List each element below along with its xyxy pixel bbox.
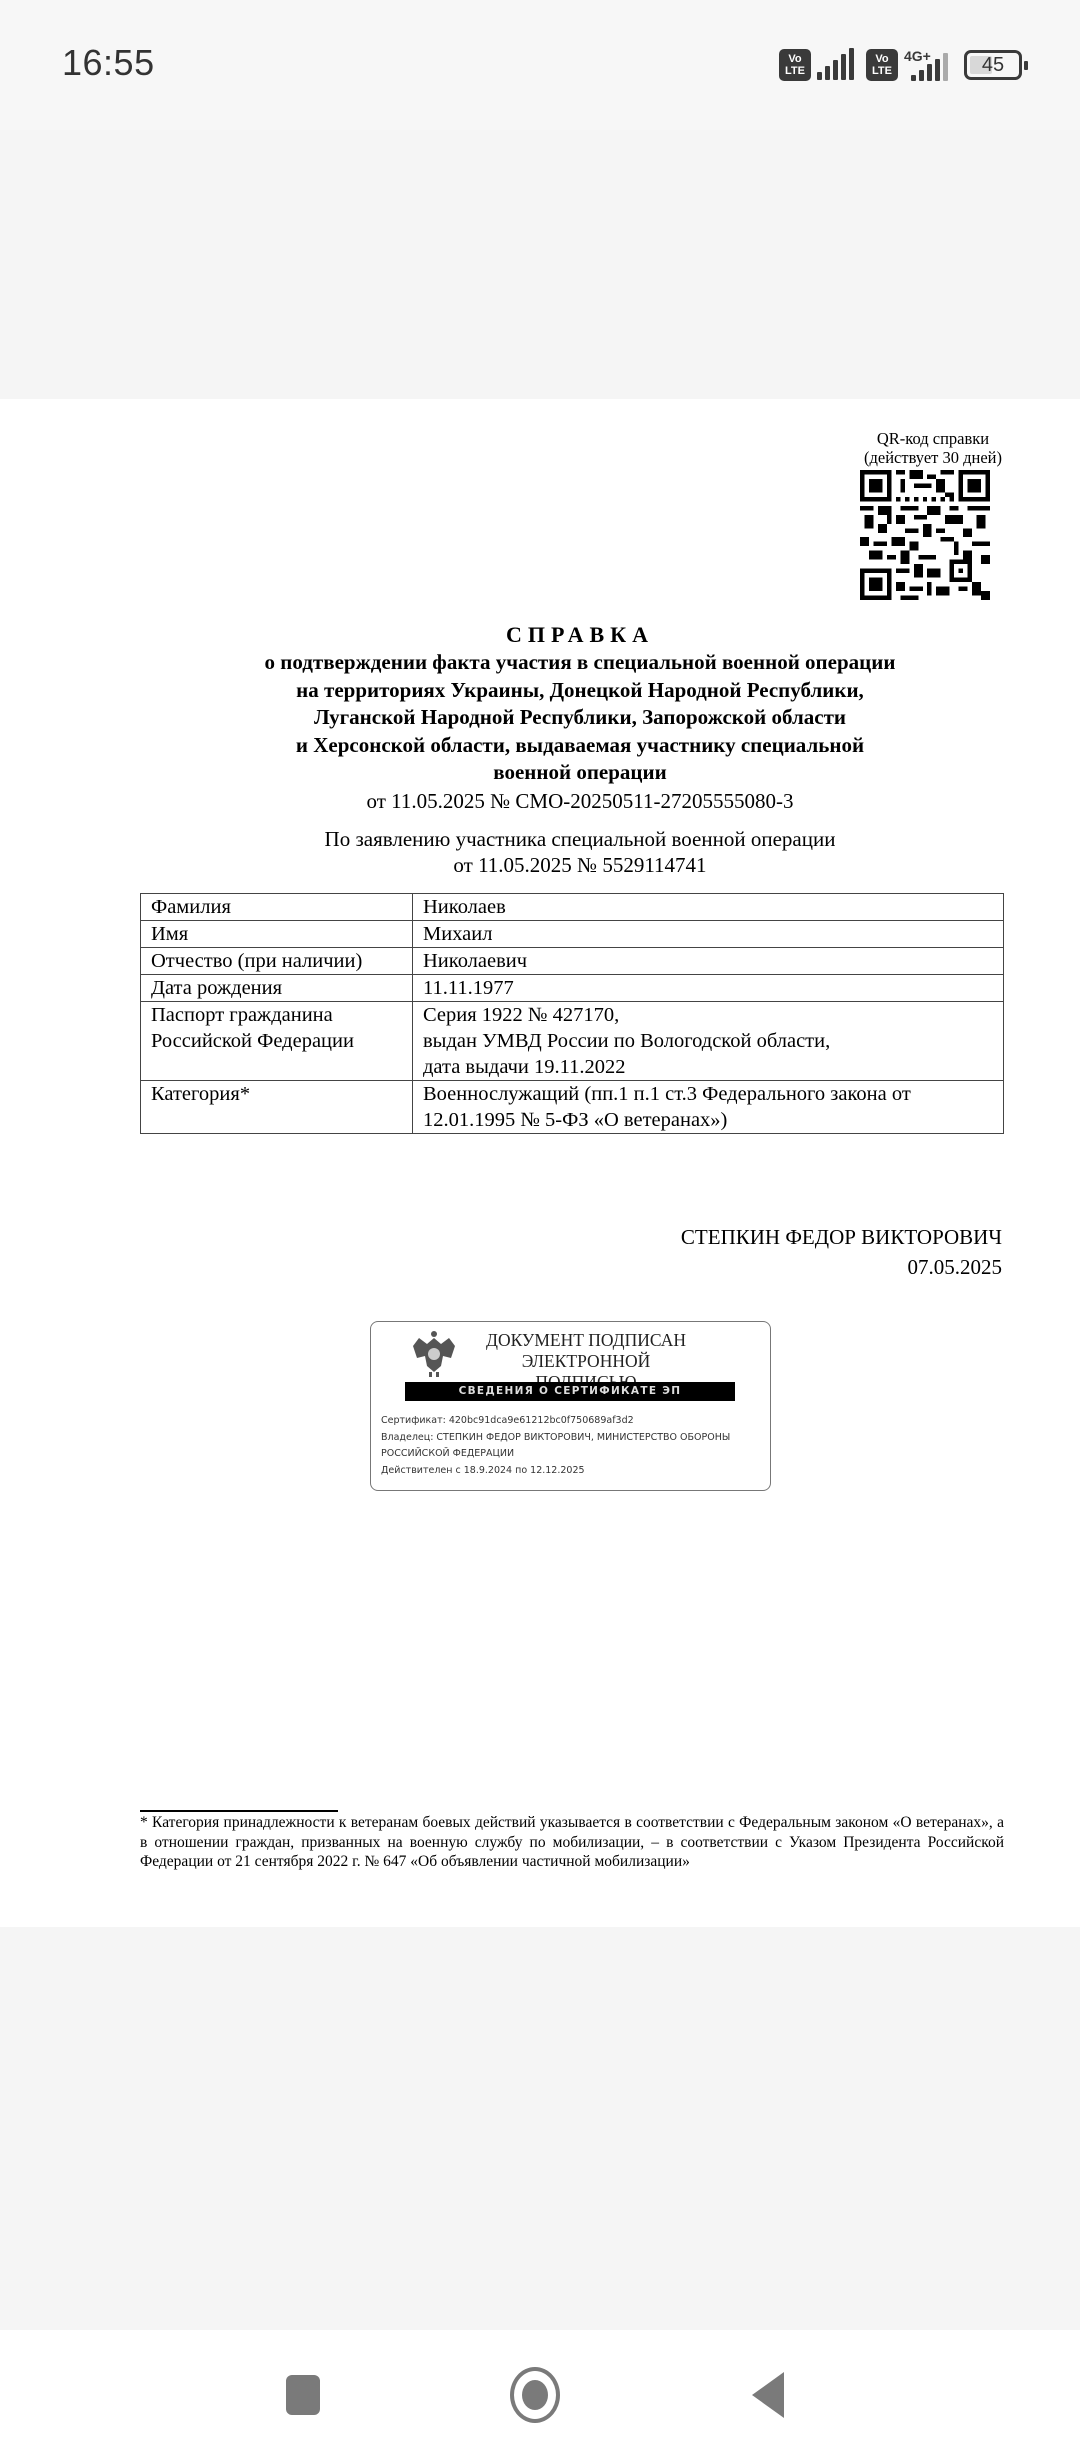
row-value-line: дата выдачи 19.11.2022 <box>423 1054 993 1080</box>
volte-label-bottom: LTE <box>779 65 811 77</box>
signer-name: СТЕПКИН ФЕДОР ВИКТОРОВИЧ <box>681 1222 1002 1252</box>
volte-label-top: Vo <box>866 53 898 65</box>
basis-line: По заявлению участника специальной военн… <box>140 826 1020 852</box>
table-row: Паспорт гражданина Российской Федерации … <box>141 1002 1004 1081</box>
document-header: СПРАВКА о подтверждении факта участия в … <box>140 621 1020 815</box>
document-subtitle-line: и Херсонской области, выдаваемая участни… <box>140 732 1020 760</box>
application-basis: По заявлению участника специальной военн… <box>140 826 1020 878</box>
row-label: Имя <box>141 921 413 948</box>
certificate-owner: Владелец: СТЕПКИН ФЕДОР ВИКТОРОВИЧ, МИНИ… <box>381 1430 766 1447</box>
status-icons: Vo LTE Vo LTE 4G+ 45 <box>779 48 1022 82</box>
status-bar: 16:55 Vo LTE Vo LTE 4G+ 45 <box>0 0 1080 130</box>
row-value-line: Военнослужащий (пп.1 п.1 ст.3 Федерально… <box>423 1081 993 1107</box>
footnote-divider <box>140 1810 338 1812</box>
row-value: Николаевич <box>413 948 1004 975</box>
row-value: Николаев <box>413 894 1004 921</box>
signal-icon <box>817 50 854 80</box>
volte-label-top: Vo <box>779 53 811 65</box>
navigation-bar <box>0 2330 1080 2460</box>
basis-line: от 11.05.2025 № 5529114741 <box>140 852 1020 878</box>
row-value: Михаил <box>413 921 1004 948</box>
document-subtitle-line: Луганской Народной Республики, Запорожск… <box>140 704 1020 732</box>
document-subtitle-line: о подтверждении факта участия в специаль… <box>140 649 1020 677</box>
home-button[interactable] <box>510 2367 560 2423</box>
row-value: Военнослужащий (пп.1 п.1 ст.3 Федерально… <box>413 1081 1004 1134</box>
esign-heading-line: ДОКУМЕНТ ПОДПИСАН <box>471 1330 701 1351</box>
row-label: Категория* <box>141 1081 413 1134</box>
back-button[interactable] <box>752 2372 784 2418</box>
status-time: 16:55 <box>62 42 155 84</box>
certificate-details: Сертификат: 420bc91dca9e61212bc0f750689a… <box>381 1413 766 1479</box>
battery-icon: 45 <box>964 50 1022 80</box>
row-value: 11.11.1977 <box>413 975 1004 1002</box>
volte-label-bottom: LTE <box>866 65 898 77</box>
qr-code-icon <box>860 470 990 600</box>
row-label: Дата рождения <box>141 975 413 1002</box>
row-value-line: выдан УМВД России по Вологодской области… <box>423 1028 993 1054</box>
table-row: Дата рождения 11.11.1977 <box>141 975 1004 1002</box>
table-row: Категория* Военнослужащий (пп.1 п.1 ст.3… <box>141 1081 1004 1134</box>
document-subtitle-line: на территориях Украины, Донецкой Народно… <box>140 677 1020 705</box>
row-label: Фамилия <box>141 894 413 921</box>
signer-block: СТЕПКИН ФЕДОР ВИКТОРОВИЧ 07.05.2025 <box>681 1222 1002 1282</box>
document-number: от 11.05.2025 № СМО-20250511-27205555080… <box>140 787 1020 815</box>
volte-icon: Vo LTE <box>779 49 811 81</box>
battery-level: 45 <box>982 54 1004 76</box>
document-subtitle-line: военной операции <box>140 759 1020 787</box>
recents-button[interactable] <box>286 2375 320 2415</box>
qr-caption-line: (действует 30 дней) <box>838 448 1028 467</box>
volte-icon: Vo LTE <box>866 49 898 81</box>
certificate-validity: Действителен с 18.9.2024 по 12.12.2025 <box>381 1463 766 1480</box>
qr-caption: QR-код справки (действует 30 дней) <box>838 429 1028 467</box>
table-row: Фамилия Николаев <box>141 894 1004 921</box>
certificate-info-bar: СВЕДЕНИЯ О СЕРТИФИКАТЕ ЭП <box>405 1382 735 1401</box>
row-label: Отчество (при наличии) <box>141 948 413 975</box>
row-value-line: 12.01.1995 № 5-ФЗ «О ветеранах») <box>423 1107 993 1133</box>
row-label: Паспорт гражданина Российской Федерации <box>141 1002 413 1081</box>
table-row: Отчество (при наличии) Николаевич <box>141 948 1004 975</box>
row-value: Серия 1922 № 427170, выдан УМВД России п… <box>413 1002 1004 1081</box>
electronic-signature-stamp: ДОКУМЕНТ ПОДПИСАН ЭЛЕКТРОННОЙ ПОДПИСЬЮ С… <box>370 1321 771 1491</box>
row-label-line: Паспорт гражданина <box>151 1002 402 1028</box>
row-value-line: Серия 1922 № 427170, <box>423 1002 993 1028</box>
certificate-owner: РОССИЙСКОЙ ФЕДЕРАЦИИ <box>381 1446 766 1463</box>
signer-date: 07.05.2025 <box>681 1252 1002 1282</box>
certificate-id: Сертификат: 420bc91dca9e61212bc0f750689a… <box>381 1413 766 1430</box>
document-page[interactable]: QR-код справки (действует 30 дней) СПРАВ… <box>0 399 1080 1927</box>
document-title: СПРАВКА <box>140 621 1020 649</box>
4g-plus-icon: 4G+ <box>904 49 948 81</box>
table-row: Имя Михаил <box>141 921 1004 948</box>
signal-icon <box>911 53 948 81</box>
qr-caption-line: QR-код справки <box>838 429 1028 448</box>
row-label-line: Российской Федерации <box>151 1028 402 1054</box>
personal-data-table: Фамилия Николаев Имя Михаил Отчество (пр… <box>140 893 1004 1134</box>
footnote: * Категория принадлежности к ветеранам б… <box>140 1813 1004 1872</box>
coat-of-arms-icon <box>411 1328 457 1378</box>
